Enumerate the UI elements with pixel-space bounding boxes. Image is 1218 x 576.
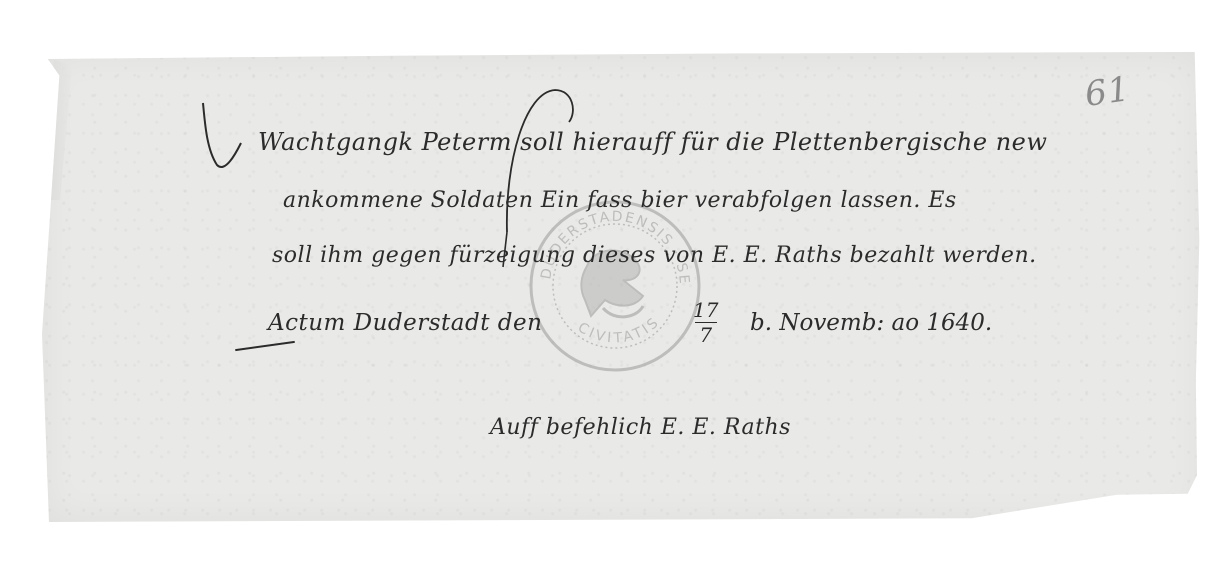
text-line-1: Wachtgangk Peterm soll hierauff für die … (258, 128, 1047, 156)
date-day-fraction: 17 7 (693, 298, 718, 347)
document-scan: 61 DUDERSTADENSIS · SECRETUM CIVITATIS W… (0, 0, 1218, 576)
text-line-2: ankommene Soldaten Ein fass bier verabfo… (283, 188, 957, 213)
text-line-3: soll ihm gegen fürzeigung dieses von E. … (272, 243, 1037, 268)
date-fraction-bottom: 7 (699, 323, 712, 347)
date-fraction-top: 17 (693, 298, 718, 322)
signature-line: Auff befehlich E. E. Raths (490, 415, 791, 440)
duderstadt-seal-icon: DUDERSTADENSIS · SECRETUM CIVITATIS (525, 196, 705, 376)
date-month-year: b. Novemb: ao 1640. (750, 310, 992, 336)
text-line-4-actum: Actum Duderstadt den (268, 310, 542, 336)
folio-number: 61 (1082, 69, 1132, 115)
initial-flourish-icon (195, 95, 265, 175)
